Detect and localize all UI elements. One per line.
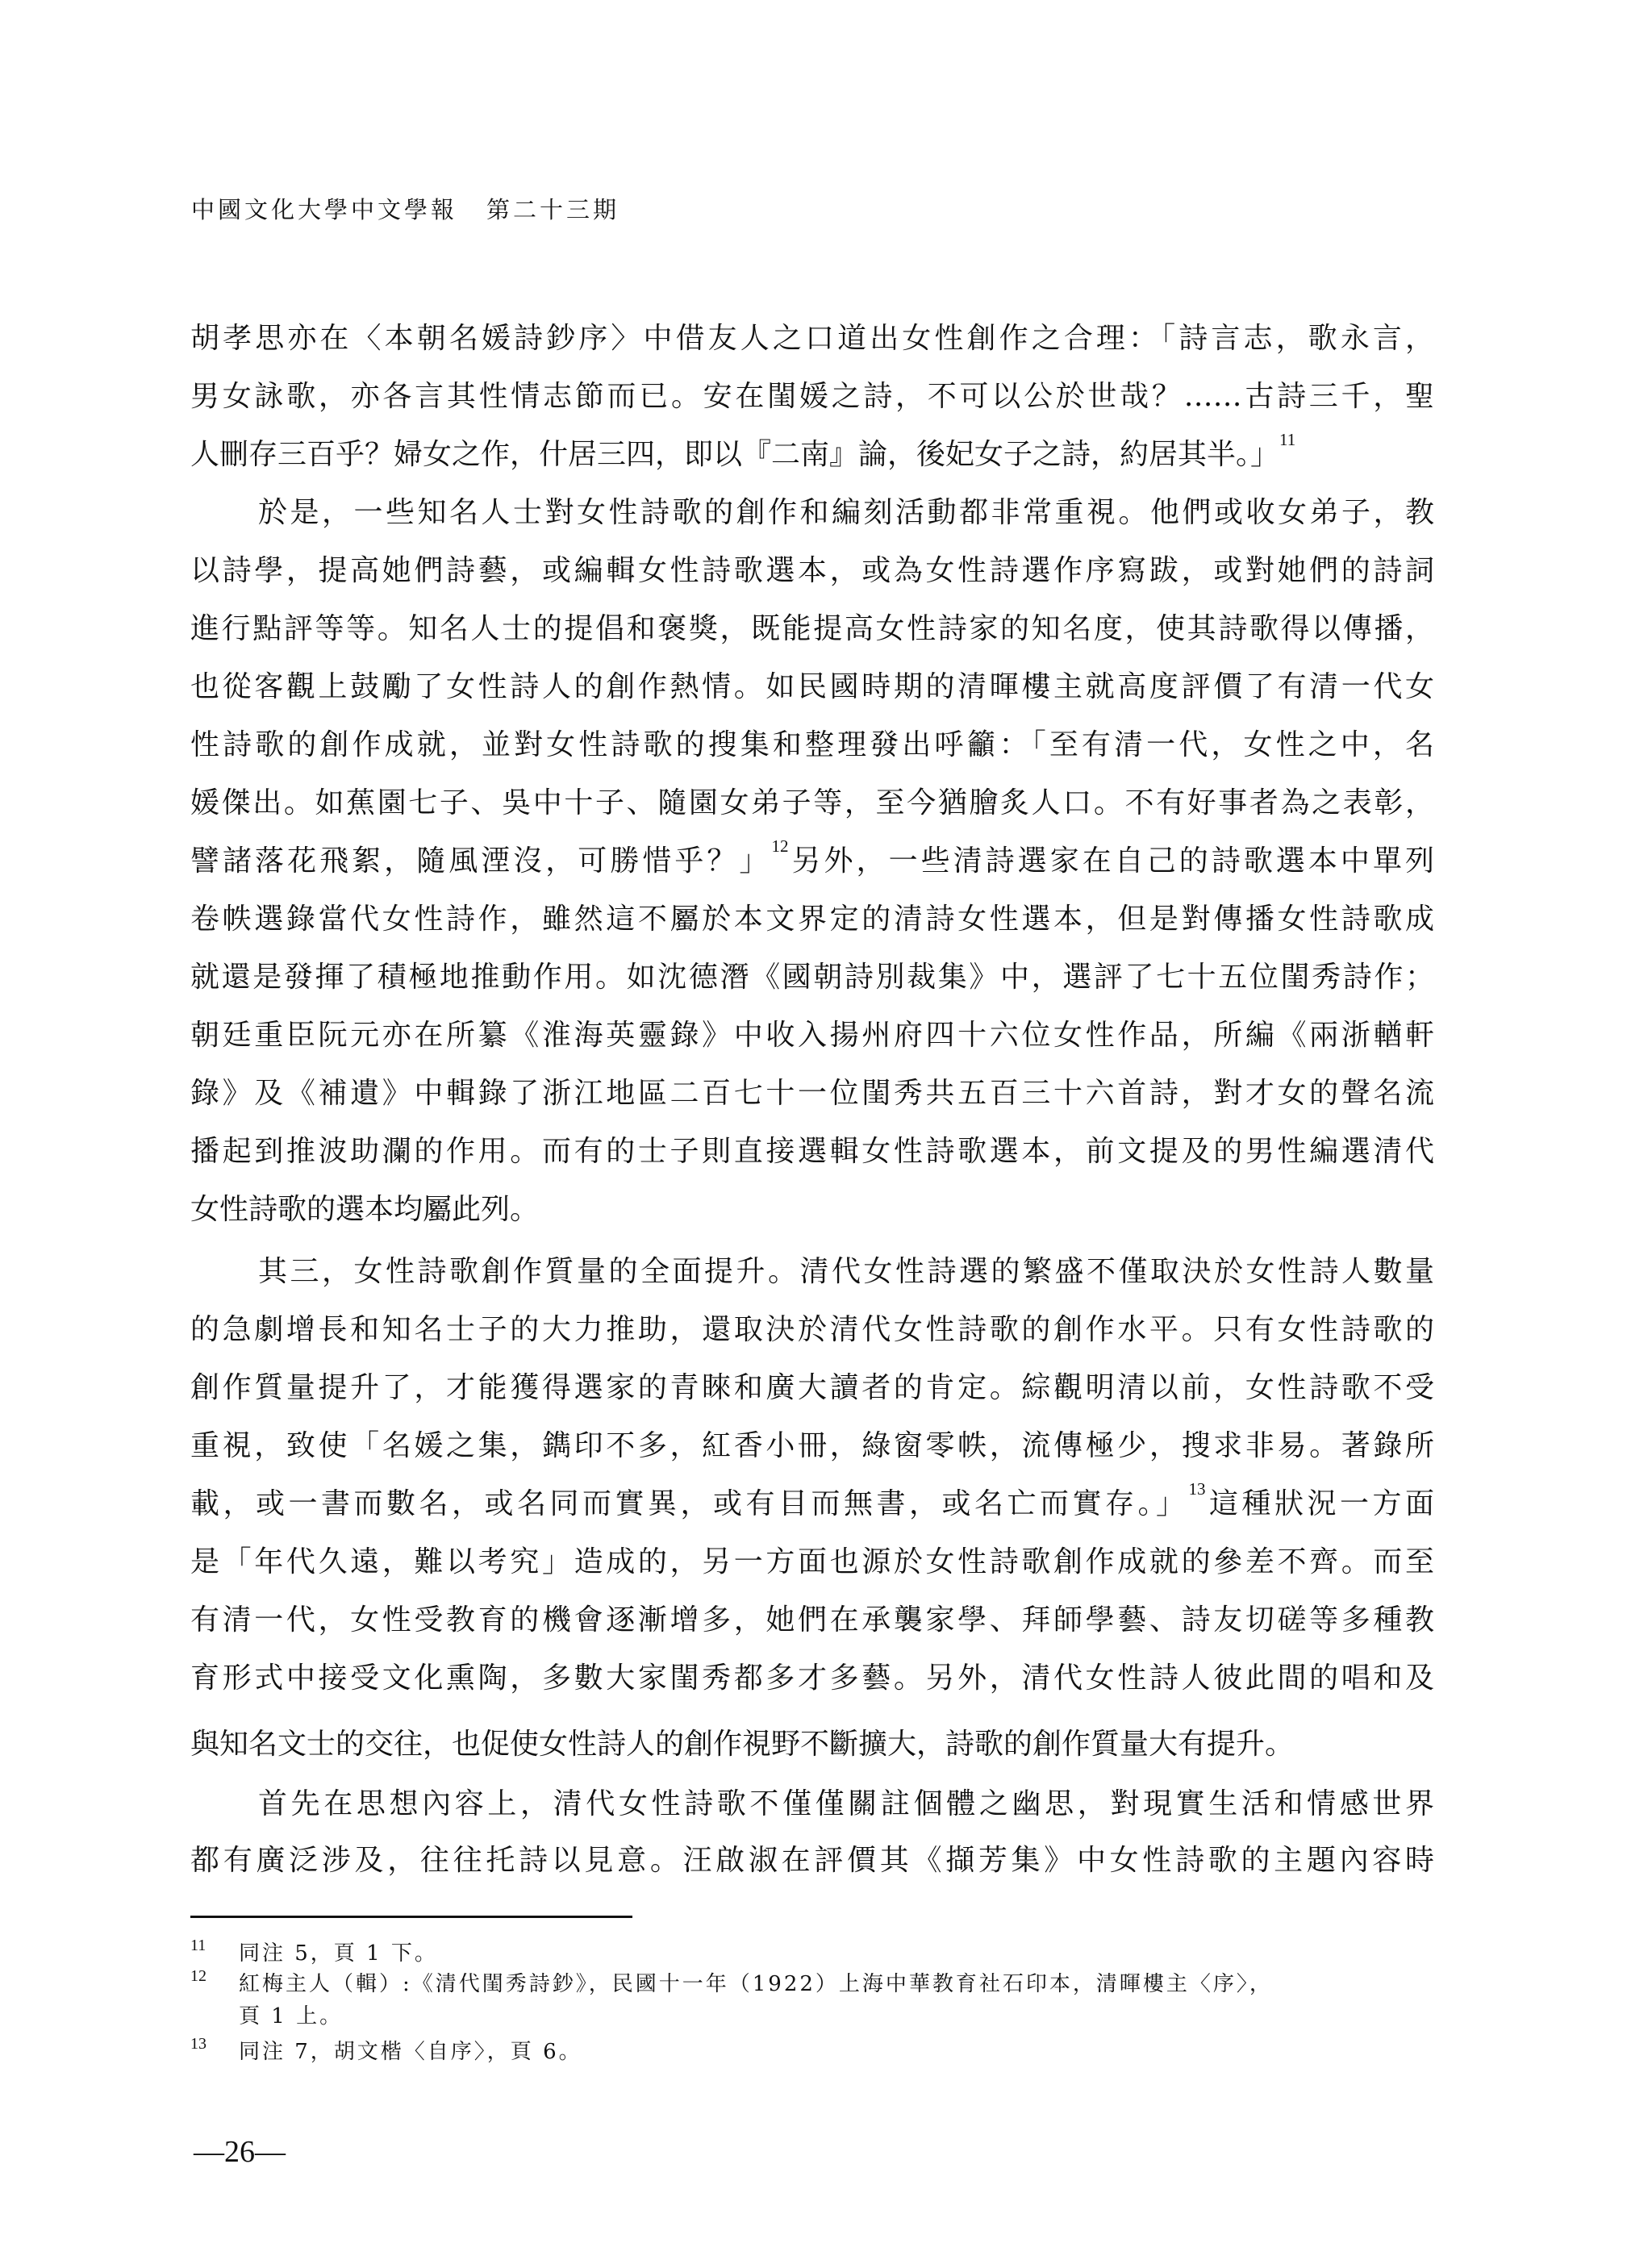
text-line: 胡孝思亦在〈本朝名媛詩鈔序〉中借友人之口道出女性創作之合理：「詩言志，歌永言，	[190, 319, 1434, 359]
issue-number: 第二十三期	[486, 196, 619, 223]
footnote-ref-13[interactable]: 13	[1188, 1479, 1205, 1499]
text-segment: 另外，一些清詩選家在自己的詩歌選本中單列	[788, 844, 1434, 878]
text-line: 育形式中接受文化熏陶，多數大家閨秀都多才多藝。另外，清代女性詩人彼此間的唱和及	[190, 1658, 1434, 1699]
footnote-text: 同注 5，頁 1 下。	[239, 1937, 438, 1970]
text-line: 與知名文士的交往，也促使女性詩人的創作視野不斷擴大，詩歌的創作質量大有提升。	[190, 1724, 1434, 1765]
footnote-separator	[190, 1916, 632, 1918]
text-line: 卷帙選錄當代女性詩作，雖然這不屬於本文界定的清詩女性選本，但是對傳播女性詩歌成	[190, 899, 1434, 940]
text-line: 錄》及《補遺》中輯錄了浙江地區二百七十一位閨秀共五百三十六首詩，對才女的聲名流	[190, 1074, 1434, 1114]
text-line: 女性詩歌的選本均屬此列。	[190, 1190, 1434, 1230]
text-line: 都有廣泛涉及，往往托詩以見意。汪啟淑在評價其《擷芳集》中女性詩歌的主題內容時	[190, 1841, 1434, 1881]
footnote-text: 紅梅主人（輯）:《清代閨秀詩鈔》，民國十一年（1922）上海中華教育社石印本，清…	[239, 1968, 1273, 2000]
footnote-11: 11 同注 5，頁 1 下。	[190, 1937, 1434, 1970]
text-line: 是「年代久遠，難以考究」造成的，另一方面也源於女性詩歌創作成就的參差不齊。而至	[190, 1542, 1434, 1582]
text-segment: 載，或一書而數名，或名同而實異，或有目而無書，或名亡而實存。」	[190, 1487, 1188, 1520]
text-line: 以詩學，提高她們詩藝，或編輯女性詩歌選本，或為女性詩選作序寫跋，或對她們的詩詞	[190, 551, 1434, 591]
text-line: 進行點評等等。知名人士的提倡和褒獎，既能提高女性詩家的知名度，使其詩歌得以傳播，	[190, 609, 1434, 649]
text-line: 其三，女性詩歌創作質量的全面提升。清代女性詩選的繁盛不僅取決於女性詩人數量	[258, 1252, 1434, 1292]
text-line: 譬諸落花飛絮，隨風湮沒，可勝惜乎？」12另外，一些清詩選家在自己的詩歌選本中單列	[190, 841, 1434, 882]
footnote-text: 同注 7，胡文楷〈自序〉，頁 6。	[239, 2036, 582, 2068]
text-line: 朝廷重臣阮元亦在所纂《淮海英靈錄》中收入揚州府四十六位女性作品，所編《兩浙輶軒	[190, 1015, 1434, 1056]
text-line: 載，或一書而數名，或名同而實異，或有目而無書，或名亡而實存。」13這種狀況一方面	[190, 1484, 1434, 1524]
text-line: 性詩歌的創作成就，並對女性詩歌的搜集和整理發出呼籲：「至有清一代，女性之中，名	[190, 725, 1434, 765]
page-number: —26—	[194, 2133, 286, 2170]
text-line: 有清一代，女性受教育的機會逐漸增多，她們在承襲家學、拜師學藝、詩友切磋等多種教	[190, 1600, 1434, 1641]
footnote-number: 13	[190, 2028, 206, 2060]
text-line: 的急劇增長和知名士子的大力推助，還取決於清代女性詩歌的創作水平。只有女性詩歌的	[190, 1310, 1434, 1350]
text-line: 就還是發揮了積極地推動作用。如沈德潛《國朝詩別裁集》中，選評了七十五位閨秀詩作；	[190, 957, 1434, 998]
text-line: 於是，一些知名人士對女性詩歌的創作和編刻活動都非常重視。他們或收女弟子，教	[258, 493, 1434, 533]
footnote-number: 12	[190, 1960, 206, 1992]
text-line: 也從客觀上鼓勵了女性詩人的創作熱情。如民國時期的清暉樓主就高度評價了有清一代女	[190, 667, 1434, 707]
footnote-12-continued: 頁 1 上。	[190, 2000, 1434, 2033]
text-line: 人刪存三百乎？婦女之作，什居三四，即以『二南』論，後妃女子之詩，約居其半。」11	[190, 435, 1434, 475]
footnote-number: 11	[190, 1929, 206, 1962]
footnote-text: 頁 1 上。	[239, 2000, 343, 2033]
text-line: 首先在思想內容上，清代女性詩歌不僅僅關註個體之幽思，對現實生活和情感世界	[258, 1784, 1434, 1824]
footnote-12: 12 紅梅主人（輯）:《清代閨秀詩鈔》，民國十一年（1922）上海中華教育社石印…	[190, 1968, 1434, 2000]
text-line: 重視，致使「名媛之集，鐫印不多，紅香小冊，綠窗零帙，流傳極少，搜求非易。著錄所	[190, 1426, 1434, 1466]
footnote-ref-12[interactable]: 12	[771, 836, 788, 856]
text-line: 創作質量提升了，才能獲得選家的青睞和廣大讀者的肯定。綜觀明清以前，女性詩歌不受	[190, 1368, 1434, 1408]
text-segment: 譬諸落花飛絮，隨風湮沒，可勝惜乎？」	[190, 844, 771, 878]
footnote-ref-11[interactable]: 11	[1279, 430, 1295, 449]
text-segment: 這種狀況一方面	[1205, 1487, 1434, 1520]
footnote-13: 13 同注 7，胡文楷〈自序〉，頁 6。	[190, 2036, 1434, 2068]
text-line: 播起到推波助瀾的作用。而有的士子則直接選輯女性詩歌選本，前文提及的男性編選清代	[190, 1132, 1434, 1172]
text-line: 男女詠歌，亦各言其性情志節而已。安在閨媛之詩，不可以公於世哉？……古詩三千，聖	[190, 377, 1434, 417]
running-header: 中國文化大學中文學報第二十三期	[191, 194, 619, 226]
text-line: 媛傑出。如蕉園七子、吳中十子、隨園女弟子等，至今猶膾炙人口。不有好事者為之表彰，	[190, 783, 1434, 824]
text-segment: 人刪存三百乎？婦女之作，什居三四，即以『二南』論，後妃女子之詩，約居其半。」	[190, 438, 1279, 471]
journal-title: 中國文化大學中文學報	[191, 196, 457, 223]
